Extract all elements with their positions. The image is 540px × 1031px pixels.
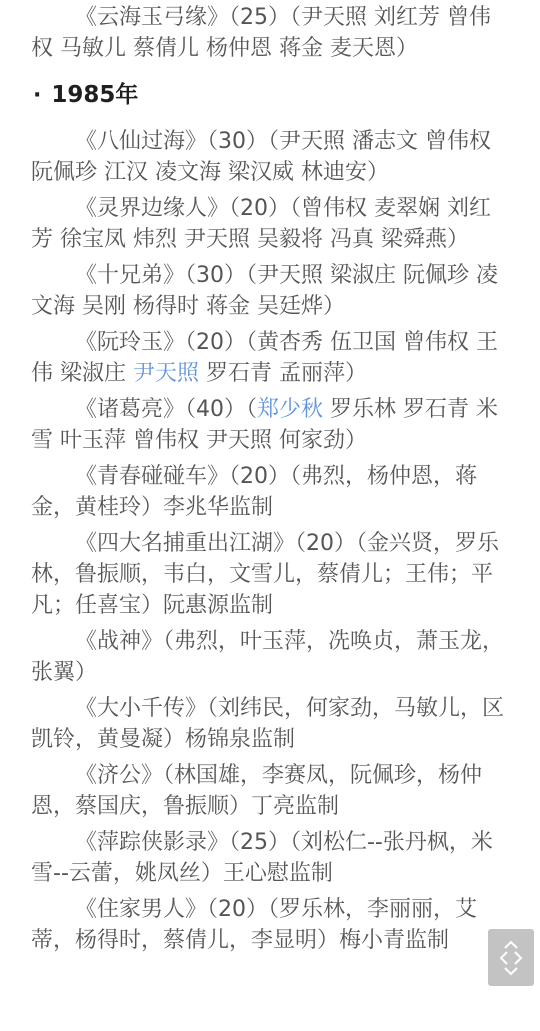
year-heading: ·1985年: [31, 80, 511, 111]
entry-text: 《四大名捕重出江湖》（20）（金兴贤，罗乐林，鲁振顺，韦白，文雪儿，蔡倩儿；王伟…: [31, 531, 499, 618]
drama-entry: 《大小千传》（刘纬民，何家劲，马敏儿，区凯铃，黄曼凝）杨锦泉监制: [31, 693, 511, 755]
drama-entry: 《战神》（弗烈，叶玉萍，冼唤贞，萧玉龙，张翼）: [31, 626, 511, 688]
entry-text: 《大小千传》（刘纬民，何家劲，马敏儿，区凯铃，黄曼凝）杨锦泉监制: [31, 696, 504, 752]
year-heading-text: 1985年: [51, 80, 138, 111]
drama-entry: 《云海玉弓缘》（25）（尹天照 刘红芳 曾伟权 马敏儿 蔡倩儿 杨仲恩 蒋金 麦…: [31, 2, 511, 64]
drama-entry: 《灵界边缘人》（20）（曾伟权 麦翠娴 刘红芳 徐宝凤 炜烈 尹天照 吴毅将 冯…: [31, 193, 511, 255]
entry-text: 《战神》（弗烈，叶玉萍，冼唤贞，萧玉龙，张翼）: [31, 629, 504, 685]
entry-text: 《灵界边缘人》（20）（曾伟权 麦翠娴 刘红芳 徐宝凤 炜烈 尹天照 吴毅将 冯…: [31, 196, 491, 252]
entry-text: 《八仙过海》（30）（尹天照 潘志文 曾伟权 阮佩珍 江汉 凌文海 梁汉威 林迪…: [31, 129, 491, 185]
actor-link[interactable]: 郑少秋: [257, 397, 323, 422]
drama-list: 《云海玉弓缘》（25）（尹天照 刘红芳 曾伟权 马敏儿 蔡倩儿 杨仲恩 蒋金 麦…: [0, 0, 540, 956]
actor-link[interactable]: 尹天照: [133, 361, 199, 386]
entry-text: 《十兄弟》（30）（尹天照 梁淑庄 阮佩珍 凌文海 吴刚 杨得时 蒋金 吴廷烨）: [31, 263, 498, 319]
drama-entry: 《四大名捕重出江湖》（20）（金兴贤，罗乐林，鲁振顺，韦白，文雪儿，蔡倩儿；王伟…: [31, 528, 511, 621]
entry-text: 《萍踪侠影录》（25）（刘松仁--张丹枫，米雪--云蕾，姚凤丝）王心慰监制: [31, 830, 493, 886]
entry-text: 《济公》（林国雄，李赛凤，阮佩珍，杨仲恩，蔡国庆，鲁振顺）丁亮监制: [31, 763, 482, 819]
drama-entry: 《住家男人》（20）（罗乐林，李丽丽，艾蒂，杨得时，蔡倩儿，李显明）梅小青监制: [31, 894, 511, 956]
entry-text: 罗石青 孟丽萍）: [199, 361, 367, 386]
drama-entry: 《萍踪侠影录》（25）（刘松仁--张丹枫，米雪--云蕾，姚凤丝）王心慰监制: [31, 827, 511, 889]
entry-text: 《青春碰碰车》（20）（弗烈，杨仲恩，蒋金，黄桂玲）李兆华监制: [31, 464, 477, 520]
diamond-arrows-icon: [494, 937, 528, 979]
drama-entry: 《青春碰碰车》（20）（弗烈，杨仲恩，蒋金，黄桂玲）李兆华监制: [31, 461, 511, 523]
entry-text: 《诸葛亮》（40）（: [75, 397, 257, 422]
drama-entry: 《济公》（林国雄，李赛凤，阮佩珍，杨仲恩，蔡国庆，鲁振顺）丁亮监制: [31, 760, 511, 822]
drama-entry: 《八仙过海》（30）（尹天照 潘志文 曾伟权 阮佩珍 江汉 凌文海 梁汉威 林迪…: [31, 126, 511, 188]
scroll-nav-button[interactable]: [488, 929, 534, 986]
entry-text: 《云海玉弓缘》（25）（尹天照 刘红芳 曾伟权 马敏儿 蔡倩儿 杨仲恩 蒋金 麦…: [31, 5, 491, 61]
entry-text: 《住家男人》（20）（罗乐林，李丽丽，艾蒂，杨得时，蔡倩儿，李显明）梅小青监制: [31, 897, 477, 953]
drama-entry: 《阮玲玉》（20）（黄杏秀 伍卫国 曾伟权 王伟 梁淑庄 尹天照 罗石青 孟丽萍…: [31, 327, 511, 389]
drama-entry: 《十兄弟》（30）（尹天照 梁淑庄 阮佩珍 凌文海 吴刚 杨得时 蒋金 吴廷烨）: [31, 260, 511, 322]
drama-entry: 《诸葛亮》（40）（郑少秋 罗乐林 罗石青 米雪 叶玉萍 曾伟权 尹天照 何家劲…: [31, 394, 511, 456]
list-bullet: ·: [33, 80, 41, 111]
